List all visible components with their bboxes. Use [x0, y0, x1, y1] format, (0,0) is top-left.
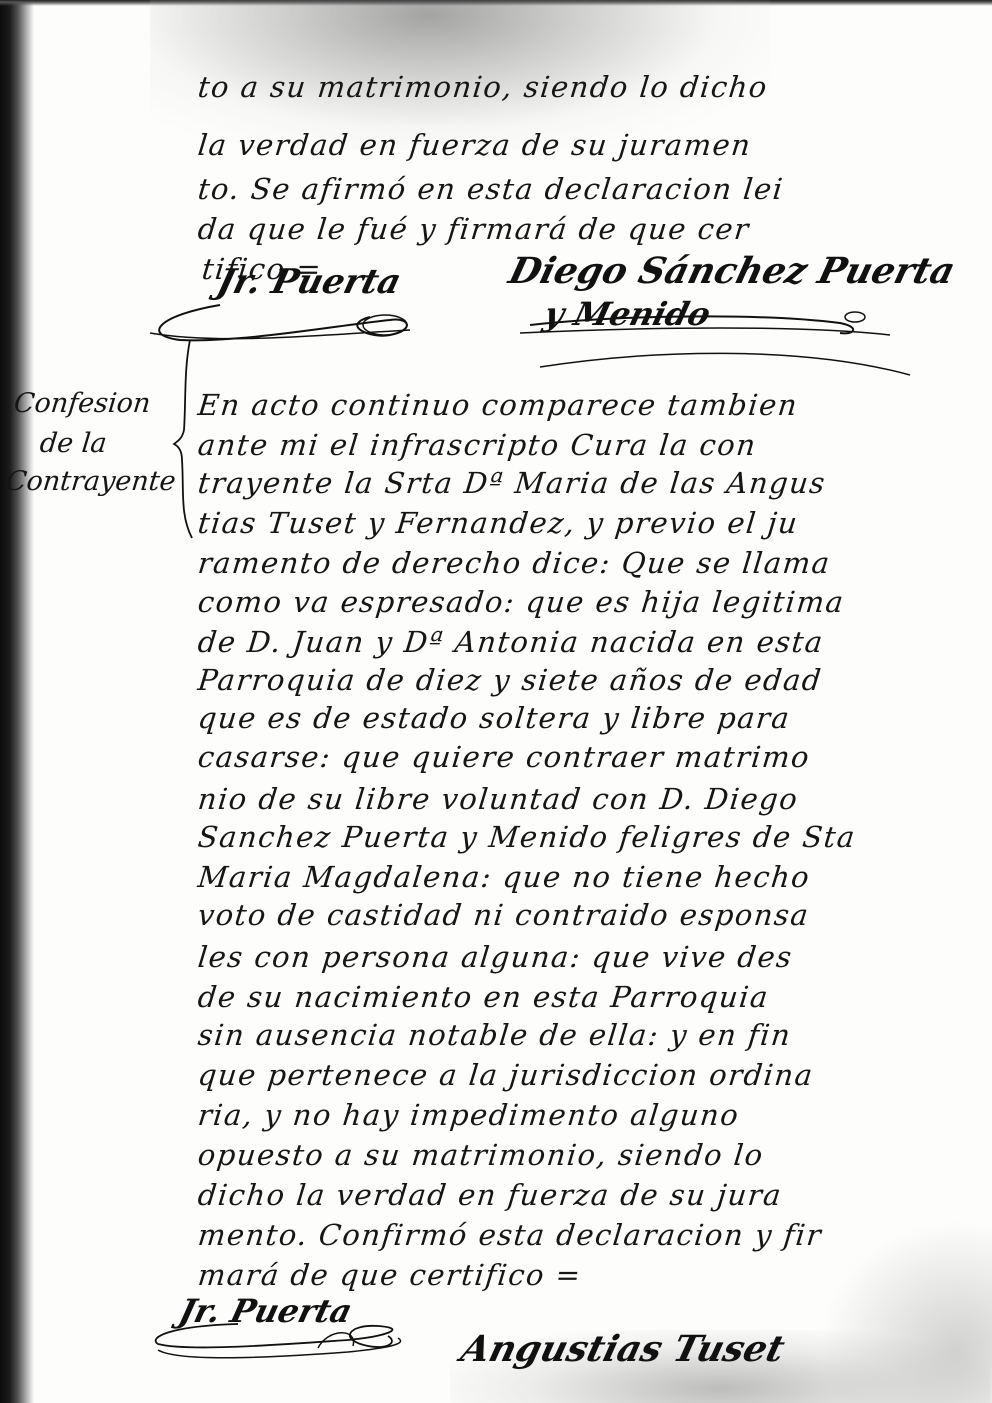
text-line: ante mi el infrascripto Cura la con [196, 428, 758, 462]
text-line: que es de estado soltera y libre para [196, 701, 792, 735]
margin-note-line: Confesion [12, 388, 152, 419]
text-line: mento. Confirmó esta declaracion y fir [196, 1218, 824, 1252]
text-line: da que le fué y firmará de que cer [196, 212, 751, 246]
text-line: casarse: que quiere contraer matrimo [196, 740, 812, 774]
text-line: opuesto a su matrimonio, siendo lo [196, 1138, 765, 1172]
text-line: que pertenece a la jurisdiccion ordina [196, 1058, 815, 1092]
text-line: de D. Juan y Dª Antonia nacida en esta [196, 625, 825, 659]
text-line: tias Tuset y Fernandez, y previo el ju [196, 506, 800, 540]
text-line: Parroquia de diez y siete años de edad [196, 663, 824, 697]
groom-signature-line1: Diego Sánchez Puerta [505, 250, 960, 292]
text-line: de su nacimiento en esta Parroquia [196, 980, 770, 1014]
text-line: la verdad en fuerza de su juramen [196, 128, 753, 162]
text-line: Maria Magdalena: que no tiene hecho [196, 860, 812, 894]
text-line: Sanchez Puerta y Menido feligres de Sta [196, 820, 857, 854]
scan-smudge-right [820, 1220, 992, 1403]
margin-note-line: de la [38, 428, 108, 459]
text-line: mará de que certifico = [196, 1258, 583, 1292]
text-line: trayente la Srta Dª Maria de las Angus [196, 466, 828, 500]
text-line: ria, y no hay impedimento alguno [196, 1098, 741, 1132]
text-line: voto de castidad ni contraido esponsa [196, 898, 811, 932]
text-line: dicho la verdad en fuerza de su jura [196, 1178, 784, 1212]
groom-flourish [500, 305, 920, 380]
priest-flourish [148, 1318, 428, 1378]
scanned-page: to a su matrimonio, siendo lo dicho la v… [0, 0, 992, 1403]
scan-edge-left [0, 0, 34, 1403]
bride-signature: Angustias Tuset [457, 1328, 789, 1370]
text-line: nio de su libre voluntad con D. Diego [196, 782, 800, 816]
text-line: En acto continuo comparece tambien [196, 388, 800, 422]
text-line: ramento de derecho dice: Que se llama [196, 546, 832, 580]
margin-note-line: Contrayente [4, 466, 177, 497]
text-line: to. Se afirmó en esta declaracion lei [196, 172, 785, 206]
text-line: como va espresado: que es hija legitima [196, 585, 846, 619]
text-line: to a su matrimonio, siendo lo dicho [196, 70, 769, 104]
text-line: sin ausencia notable de ella: y en fin [196, 1018, 793, 1052]
text-line: les con persona alguna: que vive des [196, 940, 794, 974]
